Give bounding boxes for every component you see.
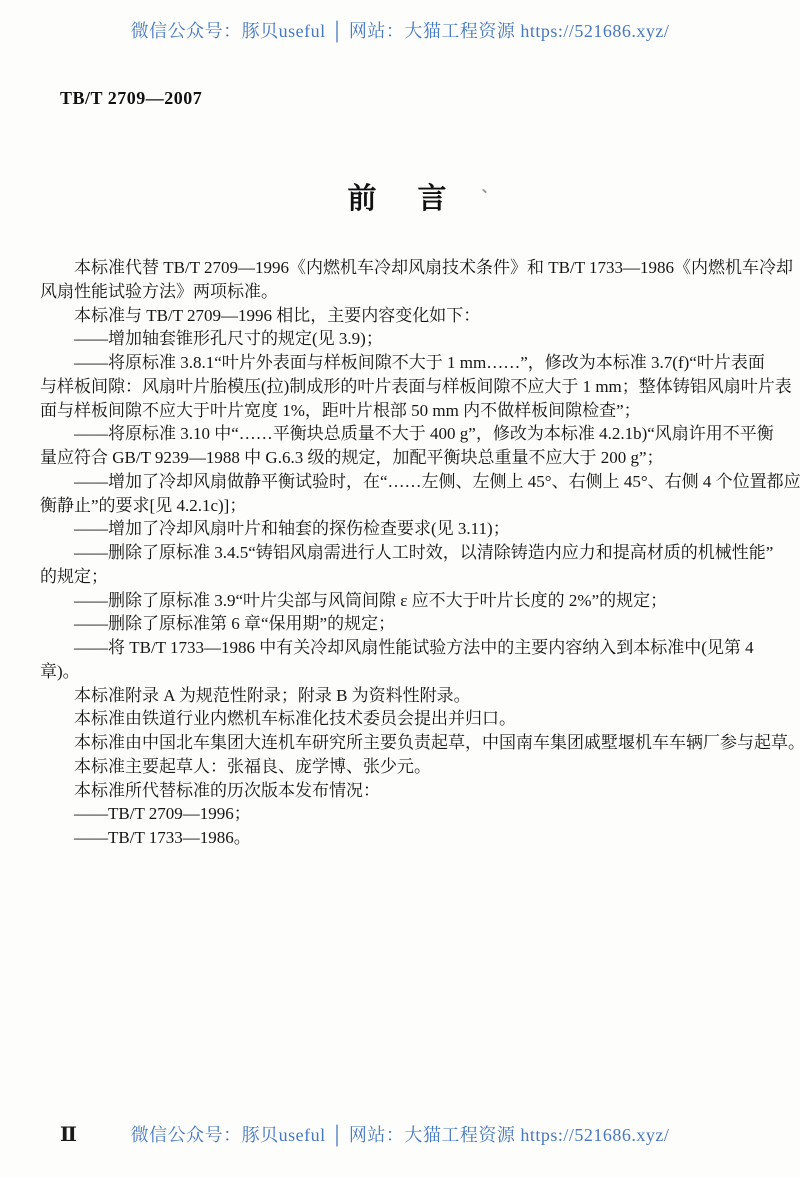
text-line: 面与样板间隙不应大于叶片宽度 1%，距叶片根部 50 mm 内不做样板间隙检查”… (40, 399, 760, 423)
standard-number: TB/T 2709—2007 (60, 88, 202, 109)
text-line: ——增加了冷却风扇做静平衡试验时，在“……左侧、左侧上 45°、右侧上 45°、… (40, 470, 760, 494)
text-line: ——TB/T 1733—1986。 (40, 826, 760, 850)
foreword-body: 本标准代替 TB/T 2709—1996《内燃机车冷却风扇技术条件》和 TB/T… (40, 256, 760, 850)
top-watermark: 微信公众号：豚贝useful │ 网站：大猫工程资源 https://52168… (0, 17, 800, 43)
text-line: ——将 TB/T 1733—1986 中有关冷却风扇性能试验方法中的主要内容纳入… (40, 636, 760, 660)
text-line: 本标准所代替标准的历次版本发布情况： (40, 779, 760, 803)
text-line: ——删除了原标准第 6 章“保用期”的规定； (40, 612, 760, 636)
text-line: ——将原标准 3.8.1“叶片外表面与样板间隙不大于 1 mm……”，修改为本标… (40, 351, 760, 375)
text-line: 本标准主要起草人：张福良、庞学博、张少元。 (40, 755, 760, 779)
text-line: ——增加轴套锥形孔尺寸的规定(见 3.9)； (40, 327, 760, 351)
text-line: 本标准由中国北车集团大连机车研究所主要负责起草，中国南车集团戚墅堰机车车辆厂参与… (40, 731, 760, 755)
text-line: 的规定； (40, 565, 760, 589)
text-line: 本标准代替 TB/T 2709—1996《内燃机车冷却风扇技术条件》和 TB/T… (40, 256, 760, 280)
text-line: ——增加了冷却风扇叶片和轴套的探伤检查要求(见 3.11)； (40, 517, 760, 541)
bottom-watermark: 微信公众号：豚贝useful │ 网站：大猫工程资源 https://52168… (0, 1121, 800, 1147)
text-line: 本标准与 TB/T 2709—1996 相比，主要内容变化如下： (40, 304, 760, 328)
text-line: ——TB/T 2709—1996； (40, 802, 760, 826)
text-line: ——删除了原标准 3.4.5“铸铝风扇需进行人工时效，以清除铸造内应力和提高材质… (40, 541, 760, 565)
page-title-foreword: 前 言 (0, 176, 800, 217)
text-line: 与样板间隙：风扇叶片胎模压(拉)制成形的叶片表面与样板间隙不应大于 1 mm；整… (40, 375, 760, 399)
text-line: ——将原标准 3.10 中“……平衡块总质量不大于 400 g”，修改为本标准 … (40, 422, 760, 446)
text-line: 量应符合 GB/T 9239—1988 中 G.6.3 级的规定，加配平衡块总重… (40, 446, 760, 470)
document-page: 微信公众号：豚贝useful │ 网站：大猫工程资源 https://52168… (0, 0, 800, 1178)
text-line: 本标准附录 A 为规范性附录；附录 B 为资料性附录。 (40, 684, 760, 708)
text-line: 衡静止”的要求[见 4.2.1c)]； (40, 494, 760, 518)
text-line: 风扇性能试验方法》两项标准。 (40, 280, 760, 304)
text-line: ——删除了原标准 3.9“叶片尖部与风筒间隙 ε 应不大于叶片长度的 2%”的规… (40, 589, 760, 613)
text-line: 本标准由铁道行业内燃机车标准化技术委员会提出并归口。 (40, 707, 760, 731)
text-line: 章)。 (40, 660, 760, 684)
